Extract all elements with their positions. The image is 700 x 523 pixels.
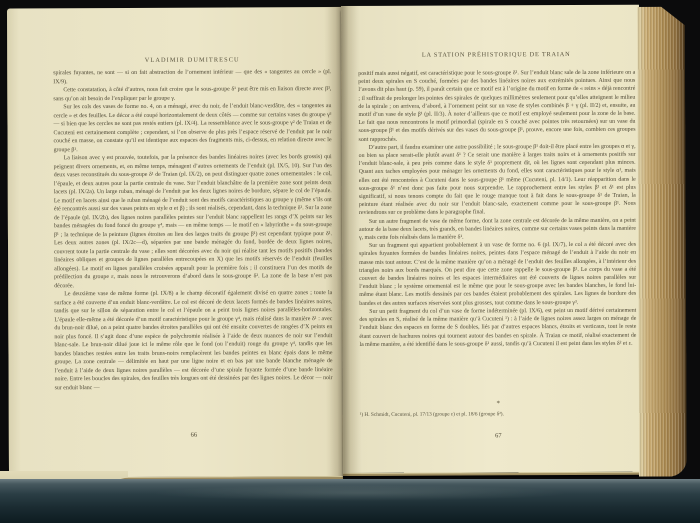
paragraph: La liaison avec γ est prouvée, toutefois… [54, 153, 333, 290]
right-page-body: positif mais aussi négatif, est caractér… [358, 69, 636, 404]
right-page: LA STATION PRÉHISTORIQUE DE TRAIAN posit… [341, 5, 641, 473]
page-number-right: 67 [360, 432, 637, 440]
left-page-body: spirales fuyantes, ne sont — si on fait … [53, 68, 333, 433]
paragraph: Sur les cols des vases de forme no. 4, o… [53, 102, 331, 154]
paragraph: Cette constatation, à côté d’autres, nou… [53, 85, 331, 103]
paragraph: D’autre part, il faudra examiner une aut… [359, 143, 636, 218]
paragraph: Sur un fragment qui appartient probablem… [359, 241, 636, 308]
table-sheen [150, 485, 570, 501]
left-page: VLADIMIR DUMITRESCU spirales fuyantes, n… [7, 7, 343, 477]
paragraph: spirales fuyantes, ne sont — si on fait … [53, 68, 331, 86]
paragraph: Sur un autre fragment de vase de même fo… [359, 216, 636, 242]
running-head-left: VLADIMIR DUMITRESCU [53, 56, 331, 64]
fore-edge-page-stack [637, 7, 687, 477]
paragraph: positif mais aussi négatif, est caractér… [358, 69, 635, 144]
footnote: ¹) H. Schmidt, Cucuteni, pl. 17/13 (grou… [360, 411, 637, 419]
table-surface [0, 479, 700, 523]
open-book: VLADIMIR DUMITRESCU spirales fuyantes, n… [7, 3, 687, 482]
running-head-right: LA STATION PRÉHISTORIQUE DE TRAIAN [357, 51, 635, 59]
footnote-separator: * [360, 399, 637, 408]
paragraph: Sur un petit fragment du col d’un vase d… [359, 307, 636, 349]
paragraph: Le deuxième vase de même forme (pl. IX/8… [54, 289, 332, 392]
book-photo: VLADIMIR DUMITRESCU spirales fuyantes, n… [0, 0, 700, 523]
page-number-left: 66 [55, 431, 333, 439]
